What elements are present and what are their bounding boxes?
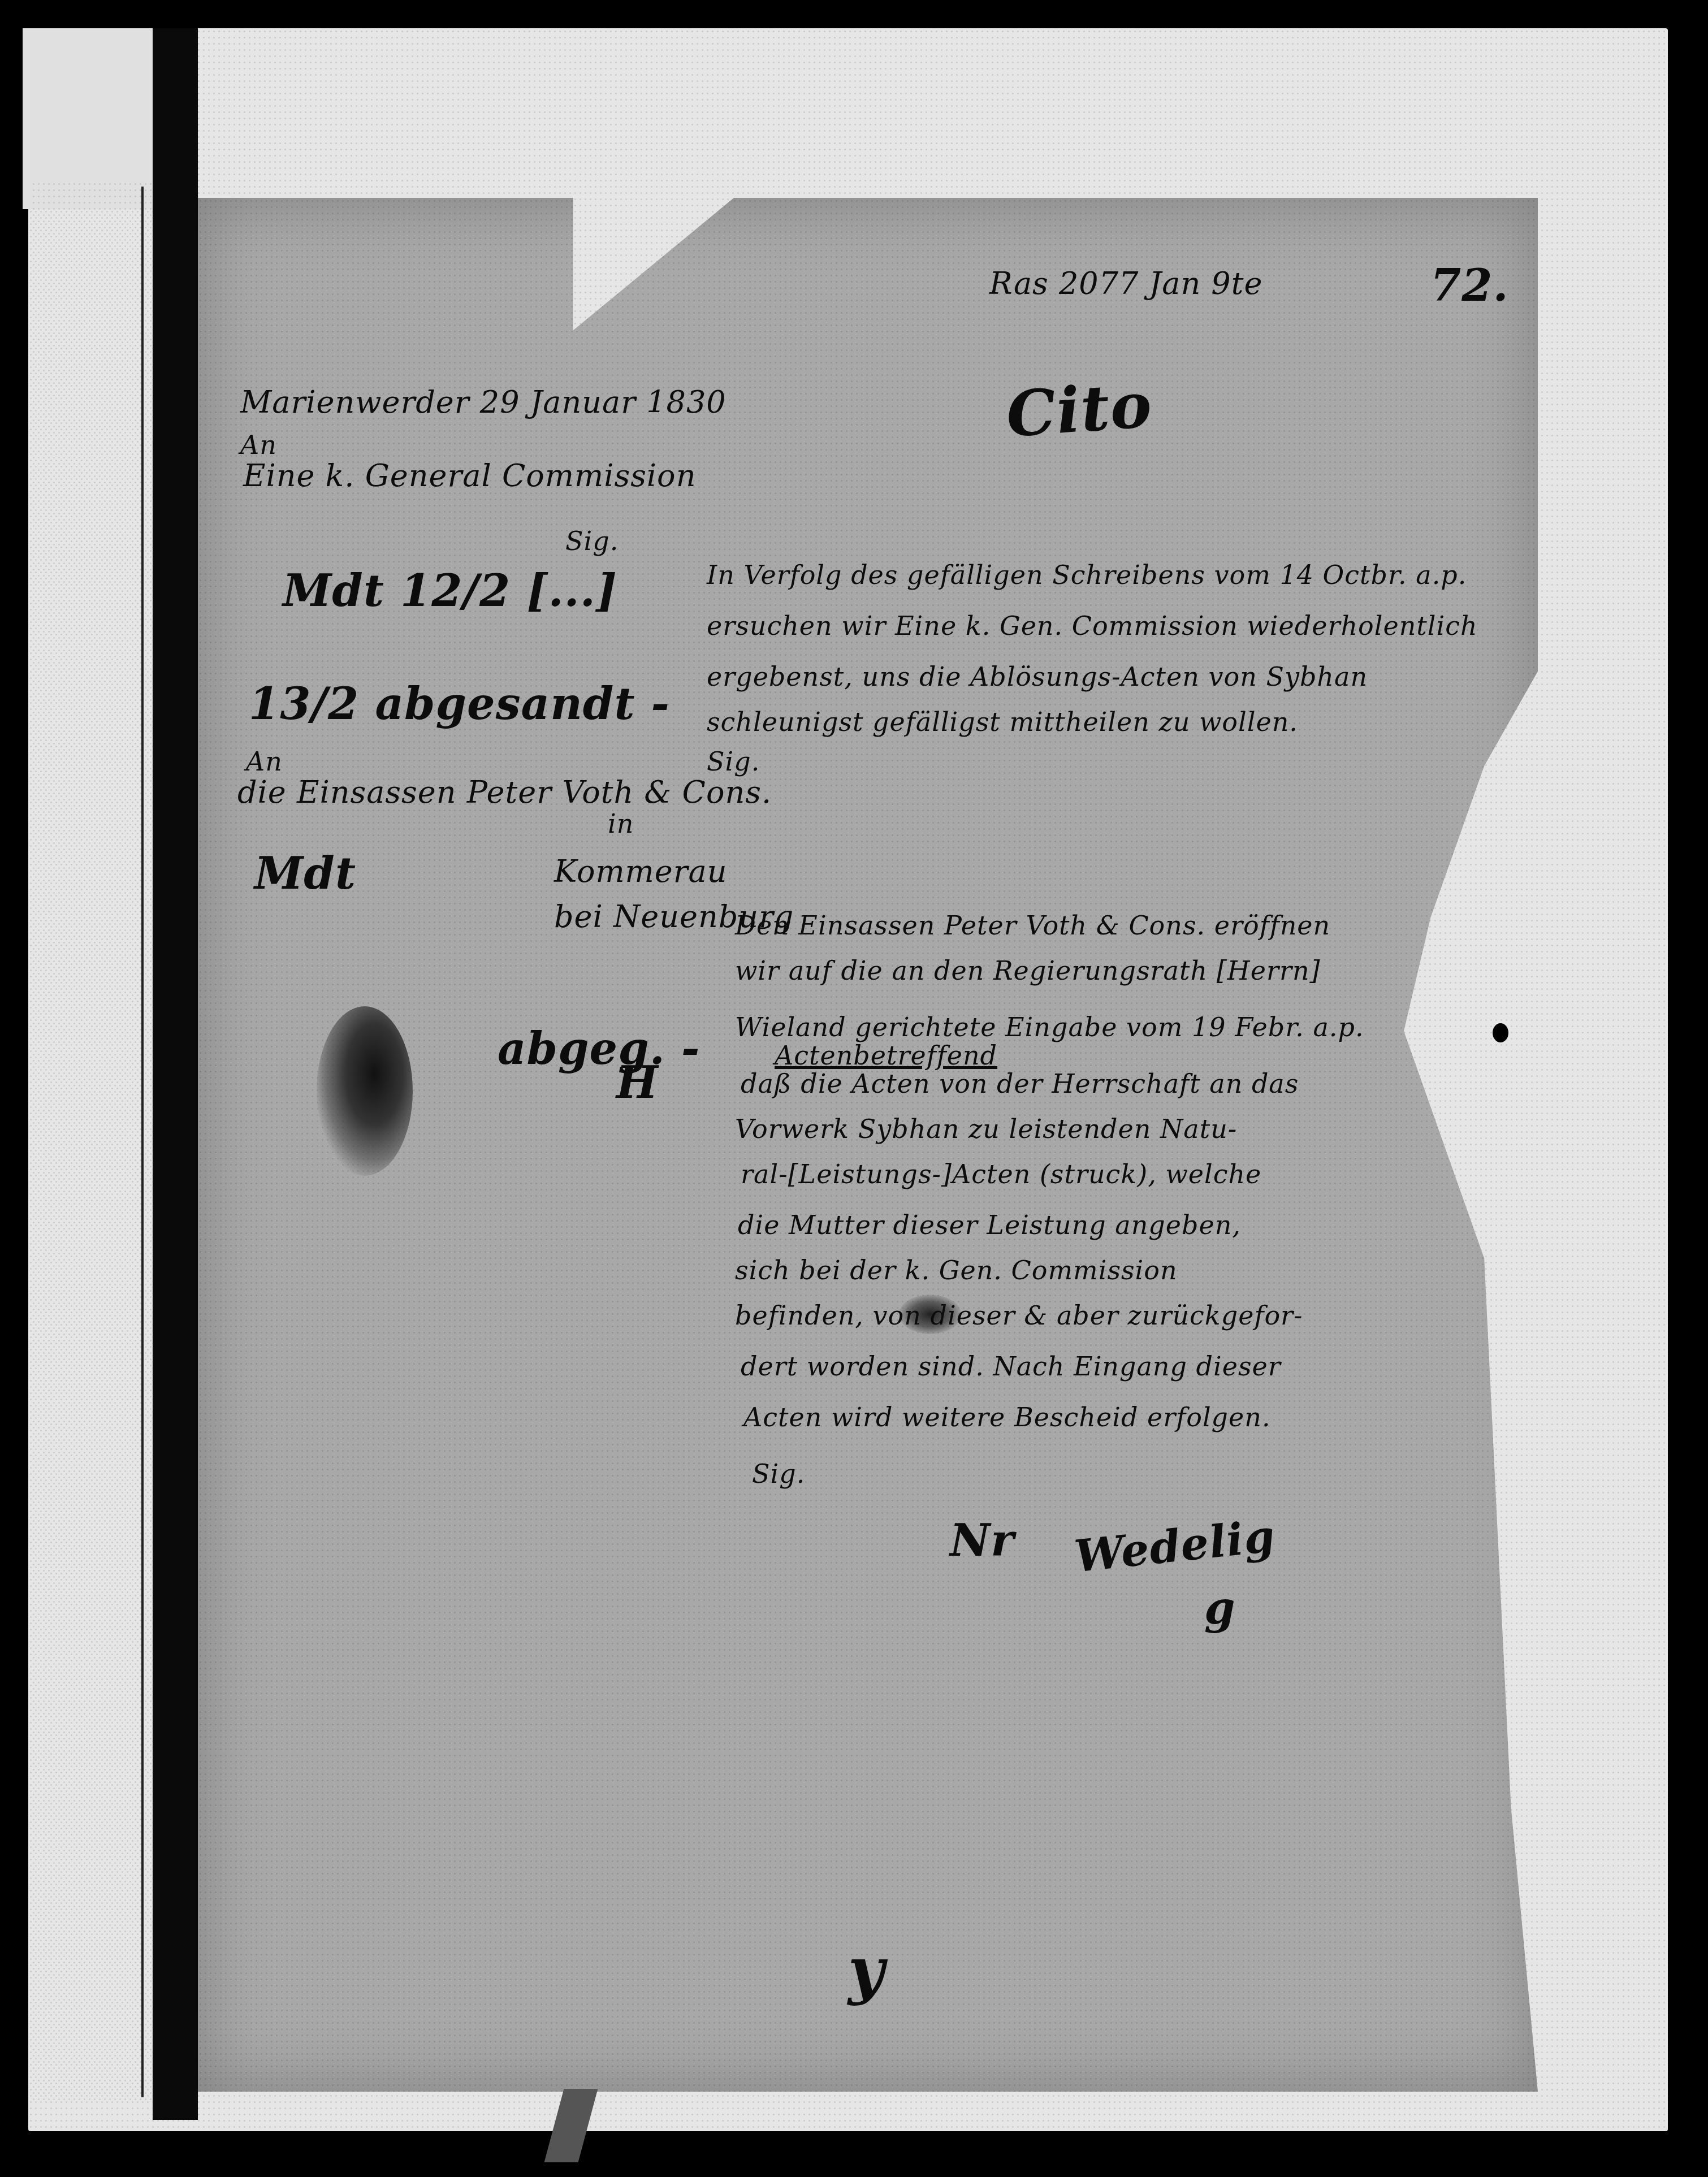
text-line: die Mutter dieser Leistung angeben, (738, 1210, 1241, 1240)
binding-gutter (153, 28, 198, 2120)
ink-dot (1493, 1023, 1508, 1042)
text-line: schleunigst gefälligst mittheilen zu wol… (707, 707, 1298, 737)
text-line: Wieland gerichtete Eingabe vom 19 Febr. … (735, 1012, 1364, 1042)
addressee: Eine k. General Commission (243, 458, 696, 494)
text-line: daß die Acten von der Herrschaft an das (741, 1068, 1299, 1099)
text-line: dert worden sind. Nach Eingang dieser (741, 1351, 1281, 1382)
text-line: ergebenst, uns die Ablösungs-Acten von S… (707, 661, 1368, 692)
initial-mark: H (616, 1057, 659, 1109)
second-addressee: die Einsassen Peter Voth & Cons. (237, 774, 772, 810)
expedition-note-2: abgeg. - (498, 1023, 700, 1075)
place-name: Kommerau (554, 854, 728, 889)
text-line: Vorwerk Sybhan zu leistenden Natu- (735, 1114, 1237, 1144)
sig-mark: Sig. (565, 526, 619, 556)
cito-mark: Cito (1004, 368, 1154, 451)
text-line: Den Einsassen Peter Voth & Cons. eröffne… (735, 910, 1330, 941)
text-line: Acten wird weitere Bescheid erfolgen. (743, 1402, 1271, 1432)
text-line: sich bei der k. Gen. Commission (735, 1255, 1178, 1286)
text-line: wir auf die an den Regierungsrath [Herrn… (735, 955, 1321, 986)
addressee-prefix: An (240, 430, 277, 460)
mundum-note-2: Mdt (254, 848, 356, 899)
text-line: befinden, von dieser & aber zurückgefor- (735, 1300, 1303, 1331)
text-line: In Verfolg des gefälligen Schreibens vom… (707, 560, 1467, 590)
date-line: Marienwerder 29 Januar 1830 (240, 384, 727, 420)
signature-initials: Nr (950, 1515, 1014, 1566)
bottom-flourish-mark: y (848, 1933, 885, 2006)
page-number: 72. (1430, 260, 1509, 311)
text-line: ral-[Leistungs-]Acten (struck), welche (741, 1159, 1261, 1189)
binding-fold-line (141, 187, 144, 2097)
expedition-note: 13/2 abgesandt - (249, 678, 670, 730)
text-line: Sig. (752, 1458, 805, 1489)
signature-mark: g (1204, 1583, 1236, 1634)
ink-blot-stain (317, 1006, 413, 1176)
header-reference: Ras 2077 Jan 9te (989, 266, 1262, 301)
text-line: Sig. (707, 746, 760, 777)
second-addressee-prefix: An (246, 746, 283, 777)
place-prefix: in (608, 808, 634, 839)
text-line: ersuchen wir Eine k. Gen. Commission wie… (707, 611, 1478, 641)
interlinear-insert: Actenbetreffend (775, 1040, 997, 1071)
mundum-note: Mdt 12/2 [...] (283, 565, 617, 617)
